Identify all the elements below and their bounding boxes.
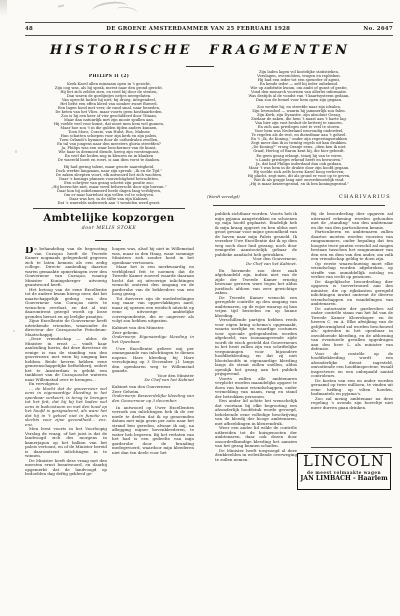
scan-artifact <box>58 4 64 7</box>
paragraph: De autorisatie der garderobes zal onder … <box>311 307 393 352</box>
article-title: Ambtelijke kopzorgen <box>25 213 193 224</box>
masthead: 48 DE GROENE AMSTERDAMMER VAN 25 FEBRUAR… <box>25 24 393 34</box>
lincoln-ad: LINCOLN de meest volmaakte wagen JAN LIM… <box>297 453 391 490</box>
paragraph: De Chef van het Kabinet <box>112 378 194 383</box>
poem-left-lines: Keek Karel allen minzaam open in ’t gezi… <box>25 82 193 206</box>
ad-brand: LINCOLN <box>298 455 390 470</box>
paragraph: … de klacht dat de gouverneur wel eens i… <box>25 387 107 428</box>
poem-title: PHILIPS II (2) <box>25 74 193 79</box>
paragraph: En hiermede zou deze zaak afgehandeld zi… <box>215 269 297 296</box>
continuation-note: (Wordt vervolgd) <box>207 194 240 199</box>
poem-right-lines: Zijn laden lagen vol kostelijke statisti… <box>205 70 393 186</box>
paragraph: publiek zichtbaar worden. Voorts heb ik … <box>215 212 297 257</box>
article-column-3: publiek zichtbaar worden. Voorts heb ik … <box>215 212 297 512</box>
paragraph: Weer een ander lid wilde de contrôle uit… <box>215 426 297 449</box>
paragraph: De kosten van een en ander worden geraam… <box>311 379 393 397</box>
paragraph: De behandeling van de begrooting van Cur… <box>25 247 107 288</box>
paragraph: De Chef van het Kabinet. <box>215 262 297 267</box>
paragraph: Bij de beoordeeling dier opgaven zal uit… <box>311 212 393 230</box>
scan-artifact <box>15 150 17 153</box>
author-signature: CHARIVARIUS <box>339 194 391 200</box>
paragraph: Tot dusverre zijn de mededeelingen nog m… <box>112 297 194 324</box>
paragraph: Verschillende partijen hebben reeds voor… <box>215 318 297 377</box>
paragraph: Voor de contrôle op de hoofdbekleeding w… <box>311 352 393 379</box>
paragraph: Onderwerp: Eigenaardige kleeding in het … <box>112 335 194 344</box>
article-divider <box>95 240 121 241</box>
masthead-title: DE GROENE AMSTERDAMMER VAN 25 FEBRUARI 1… <box>106 26 290 32</box>
article-column-2: loopen was, alsof hij niet in Willemstad… <box>112 247 194 509</box>
scan-artifact <box>91 0 128 17</box>
section-heading: HISTORISCHE FRAGMENTEN <box>0 43 400 58</box>
paragraph: loopen was, alsof hij niet in Willemstad… <box>112 247 194 265</box>
article-header: Ambtelijke kopzorgen door MELIS STOKE <box>25 213 193 231</box>
ad-divider <box>311 447 392 448</box>
paragraph: Het betoog van de eene Excellentie tot d… <box>25 288 107 320</box>
newspaper-page: 48 DE GROENE AMSTERDAMMER VAN 25 FEBRUAR… <box>0 0 400 616</box>
paragraph: „Deze vriendschap — aldus de Minister in… <box>25 337 107 382</box>
left-column-divider <box>33 208 185 209</box>
poem-column-right: Zijn laden lagen vol kostelijke statisti… <box>205 70 393 196</box>
issue-number: No. 2647 <box>363 26 393 32</box>
paragraph: Men leest voorts in het Voorloopig Versl… <box>25 427 107 459</box>
heading-divider <box>186 66 214 67</box>
paragraph: Zijne Excellentie de Gouverneur heeft ui… <box>25 319 107 337</box>
poem-line: „Hij is maar keizersgezind, en ik ben ko… <box>205 182 393 186</box>
masthead-rule-bottom <box>25 35 393 36</box>
paragraph: Onderwerp: Beweerdelijke kleeding van de… <box>112 394 194 403</box>
paragraph: De Tweede Kamer wenscht een geregelde co… <box>215 296 297 319</box>
poem-column-left: PHILIPS II (2) Keek Karel allen minzaam … <box>25 74 193 208</box>
paragraph: De dagelijksche beoordeeling dier opgave… <box>311 280 393 307</box>
paragraph: In antwoord op Uwer Excellenties verzoek… <box>112 406 194 456</box>
poem-footer: (Wordt vervolgd) CHARIVARIUS <box>207 194 391 200</box>
paragraph: De Minister heeft deze vraag met den mee… <box>25 459 107 477</box>
article-column-4: Bij de beoordeeling dier opgaven zal uit… <box>311 212 393 444</box>
paragraph: Op eerste waarschuwing moet elke vriends… <box>311 262 393 280</box>
article-byline: door MELIS STOKE <box>25 226 193 231</box>
ad-dealer: JAN LIMBACH - Haarlem <box>298 475 390 483</box>
paragraph: Een ander lid achtte het wenschelijk dat… <box>215 399 297 426</box>
masthead-rule-top <box>25 22 393 23</box>
right-column-divider <box>213 205 385 206</box>
scan-artifact <box>13 330 15 332</box>
scan-artifact <box>0 0 7 16</box>
scan-artifact <box>115 5 138 17</box>
poem-line: Dat ’s waerelds raderwerk aan ’t wentele… <box>25 201 193 205</box>
paragraph: Maar het is een merkwaardig en verblijde… <box>112 265 194 297</box>
paragraph: De Minister heeft toegezegd al deze denk… <box>215 449 297 463</box>
paragraph: Uwe Excellentie gelieve mij per ommegaan… <box>112 347 194 374</box>
article-column-1: De behandeling van de begrooting van Cur… <box>25 247 107 509</box>
paragraph: Zoo zal menig ambtenaar na deze regeling… <box>311 397 393 411</box>
page-number: 48 <box>25 26 33 32</box>
paragraph: Particulieren en ambtenaren zullen daart… <box>311 230 393 262</box>
paragraph: Voorts zullen alle ambtenaren verplicht … <box>215 377 297 400</box>
